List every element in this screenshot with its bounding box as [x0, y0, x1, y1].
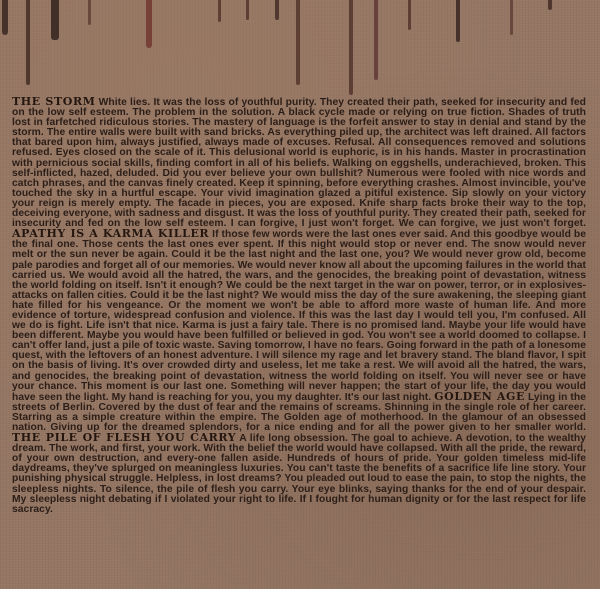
- paint-drip: [296, 0, 300, 85]
- lyrics-page: The Storm White lies. It was the loss of…: [0, 0, 600, 589]
- lyrics-the-pile-of-flesh-you-carry: A life long obsession. The goal to achie…: [12, 433, 586, 515]
- lyrics-apathy-is-a-karma-killer: If those few words were the last ones ev…: [12, 229, 586, 403]
- paint-drip: [548, 0, 552, 10]
- paint-drip: [26, 0, 30, 85]
- song-title-apathy-is-a-karma-killer: Apathy is a Karma Killer: [12, 227, 209, 240]
- paint-drip: [218, 0, 221, 22]
- paint-drip: [146, 0, 152, 48]
- paint-drip: [51, 0, 59, 40]
- paint-drip: [456, 0, 460, 42]
- paint-drip: [88, 0, 91, 25]
- song-title-the-storm: The Storm: [12, 95, 95, 108]
- paint-drip: [374, 0, 378, 80]
- lyrics-the-storm: White lies. It was the loss of youthful …: [12, 97, 586, 229]
- paint-drip: [349, 0, 353, 95]
- paint-drip: [2, 0, 8, 35]
- paint-drip: [246, 0, 249, 20]
- paint-drip: [510, 0, 513, 35]
- paint-drip: [275, 0, 279, 20]
- song-title-golden-age: Golden Age: [434, 390, 525, 403]
- paint-drip: [408, 0, 411, 30]
- song-title-the-pile-of-flesh-you-carry: The Pile of Flesh You Carry: [12, 431, 236, 444]
- lyrics-text-block: The Storm White lies. It was the loss of…: [12, 97, 586, 515]
